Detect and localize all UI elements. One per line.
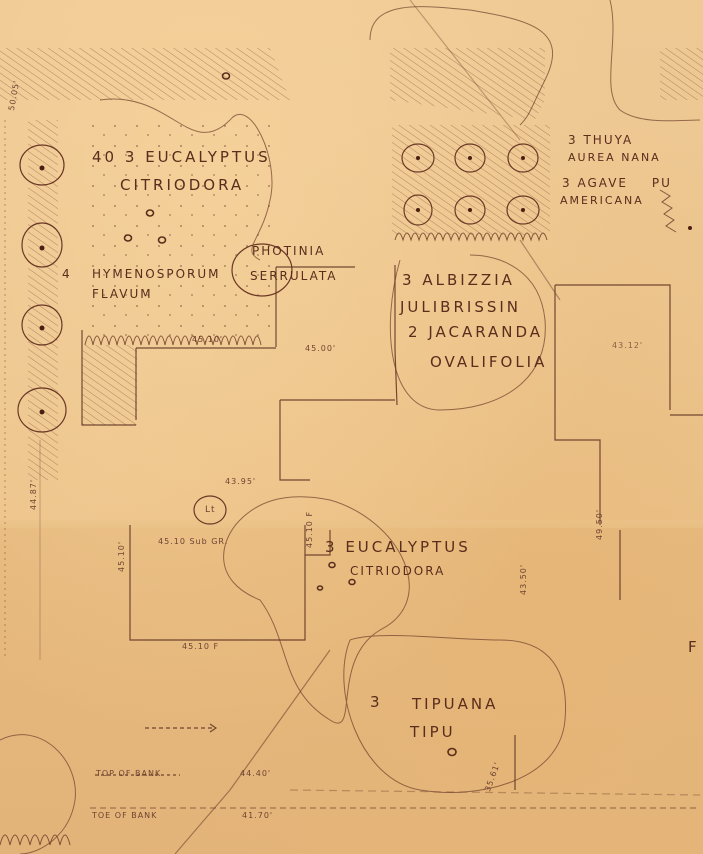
agave-count-genus: 3 AGAVE PU bbox=[562, 177, 672, 189]
plan-linework bbox=[0, 0, 703, 854]
hymenosporum-count: 4 bbox=[62, 268, 72, 280]
jacaranda-count-genus: 2 JACARANDA bbox=[408, 325, 543, 340]
thuya-count: 3 bbox=[568, 133, 578, 147]
eucalyptus-top-species: CITRIODORA bbox=[120, 178, 244, 193]
eucalyptus-top-genus: EUCALYPTUS bbox=[145, 148, 270, 166]
elev-4395: 43.95' bbox=[225, 478, 256, 486]
photinia-species: SERRULATA bbox=[250, 270, 338, 282]
eucalyptus-bottom-genus: EUCALYPTUS bbox=[345, 538, 470, 556]
top-of-bank-value: 44.40' bbox=[240, 770, 271, 778]
elev-4312: 43.12' bbox=[612, 342, 643, 350]
jacaranda-genus: JACARANDA bbox=[428, 323, 543, 341]
thuya-count-genus: 3 THUYA bbox=[568, 134, 633, 146]
agave-extra: PU bbox=[652, 176, 672, 190]
eucalyptus-bottom-count: 3 bbox=[325, 538, 338, 556]
agave-count: 3 bbox=[562, 176, 572, 190]
hymenosporum-genus: HYMENOSPORUM bbox=[92, 268, 220, 280]
toe-of-bank-label: TOE OF BANK bbox=[92, 812, 157, 820]
agave-species: AMERICANA bbox=[560, 195, 644, 206]
plan-sheet: 40 3 EUCALYPTUS CITRIODORA 4 HYMENOSPORU… bbox=[0, 0, 703, 854]
tipuana-species: TIPU bbox=[410, 725, 456, 740]
elev-4510-top: 45.10' bbox=[192, 336, 223, 344]
tipuana-genus: TIPUANA bbox=[412, 697, 498, 712]
elev-4950: 49.50' bbox=[596, 509, 604, 540]
bottom-elev: 45.10 F bbox=[182, 643, 219, 651]
tipuana-count: 3 bbox=[370, 695, 383, 710]
hatched-planter bbox=[392, 125, 550, 235]
hymenosporum-species: FLAVUM bbox=[92, 288, 153, 300]
eucalyptus-bottom-species: CITRIODORA bbox=[350, 565, 445, 577]
elev-4487: 44.87' bbox=[30, 479, 38, 510]
albizzia-count: 3 bbox=[402, 271, 415, 289]
light-label: Lt bbox=[205, 506, 216, 515]
toe-of-bank-value: 41.70' bbox=[242, 812, 273, 820]
finish-grade-label: 45.10 Sub GR. bbox=[158, 538, 228, 546]
albizzia-species: JULIBRISSIN bbox=[400, 300, 521, 315]
label-eucalyptus-top: 40 3 EUCALYPTUS bbox=[92, 150, 271, 165]
thuya-species: AUREA NANA bbox=[568, 152, 661, 163]
jacaranda-species: OVALIFOLIA bbox=[430, 355, 547, 370]
eucalyptus-bottom-count-genus: 3 EUCALYPTUS bbox=[325, 540, 471, 555]
hatched-wall-top bbox=[0, 48, 290, 100]
jacaranda-count: 2 bbox=[408, 323, 421, 341]
albizzia-genus: ALBIZZIA bbox=[422, 271, 515, 289]
thuya-genus: THUYA bbox=[583, 133, 633, 147]
side-elev-left: 45.10' bbox=[118, 541, 126, 572]
eucalyptus-top-count: 3 bbox=[125, 148, 138, 166]
top-of-bank-label: TOP OF BANK bbox=[96, 770, 161, 778]
agave-genus: AGAVE bbox=[577, 176, 628, 190]
eucalyptus-top-prefix: 40 bbox=[92, 148, 117, 166]
corner-letter: F bbox=[688, 640, 700, 655]
albizzia-count-genus: 3 ALBIZZIA bbox=[402, 273, 515, 288]
elev-4500: 45.00' bbox=[305, 345, 336, 353]
side-elev-right: 45.10 F bbox=[306, 511, 314, 548]
elev-4350: 43.50' bbox=[520, 564, 528, 595]
photinia-genus: PHOTINIA bbox=[252, 245, 325, 257]
hatched-strip-left bbox=[28, 120, 58, 480]
